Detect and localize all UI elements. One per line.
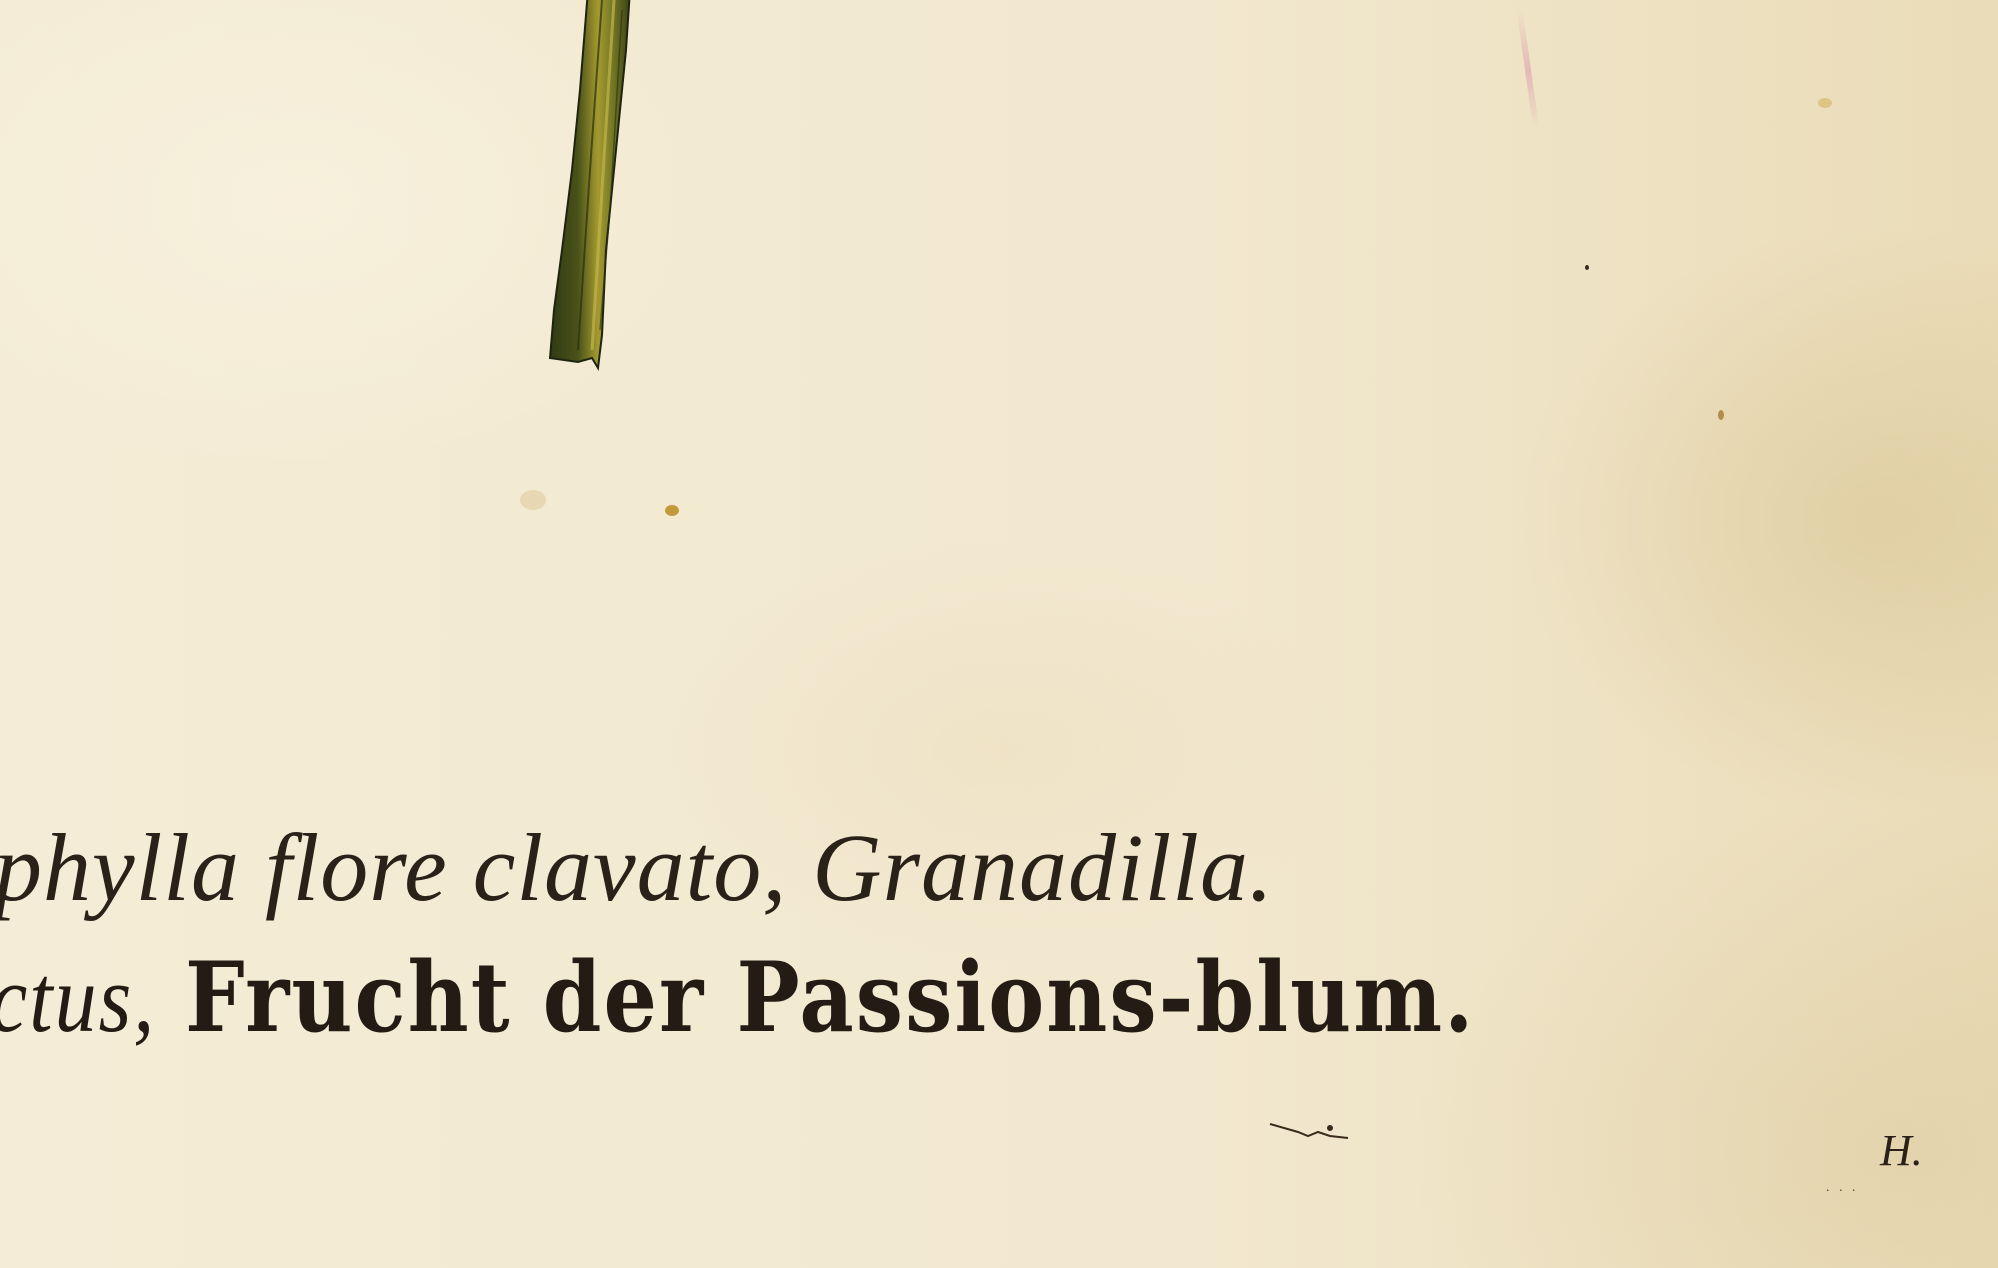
paper-spot	[1585, 265, 1589, 270]
paper-spot	[665, 505, 679, 516]
german-caption-period: .	[1444, 940, 1475, 1054]
latin-caption-line: phylla flore clavato, Granadilla.	[0, 812, 1274, 923]
german-caption-line: ctus, Frucht der Passions-blum.	[0, 940, 1475, 1055]
paper-spot	[1718, 410, 1724, 420]
german-caption-text: Frucht der Passions-blum	[185, 940, 1444, 1054]
ink-flourish-mark	[1268, 1118, 1353, 1142]
engraver-dots: . . .	[1826, 1180, 1859, 1196]
plant-stem-illustration	[540, 0, 640, 380]
engraver-signature: H.	[1880, 1125, 1923, 1176]
paper-spot	[1818, 98, 1832, 108]
paper-spot	[520, 490, 546, 510]
aged-paper-background	[0, 0, 1998, 1268]
german-caption-prefix: ctus,	[0, 946, 156, 1053]
